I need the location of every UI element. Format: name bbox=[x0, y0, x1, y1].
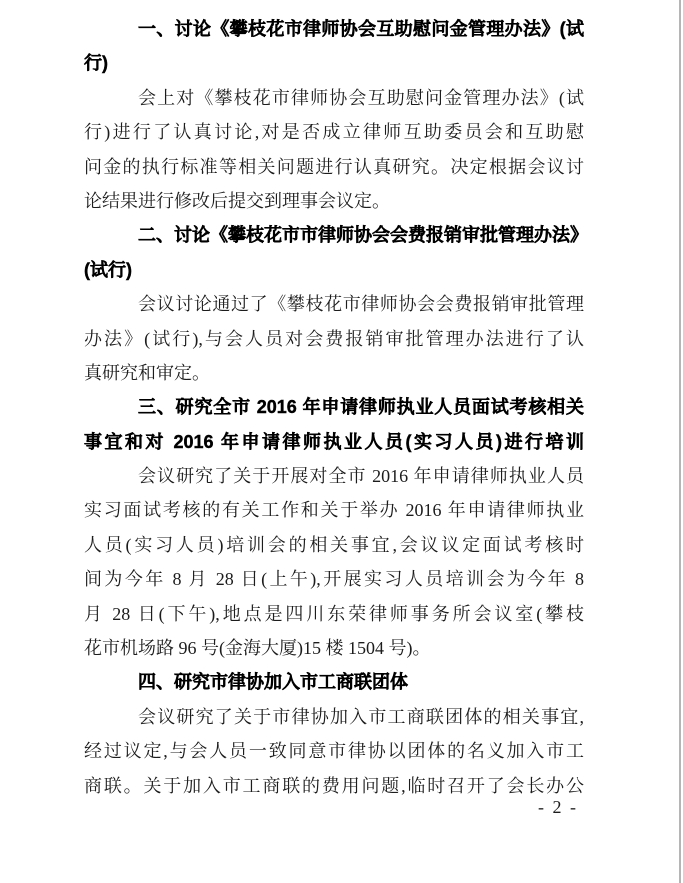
section-1-body-line: 论结果进行修改后提交到理事会议定。 bbox=[84, 184, 584, 218]
section-1-heading-line: 行) bbox=[84, 46, 584, 80]
section-4-body-line: 经过议定,与会人员一致同意市律协以团体的名义加入市工 bbox=[84, 734, 584, 768]
scan-edge-line bbox=[679, 0, 681, 883]
scanned-document-page: 一、讨论《攀枝花市律师协会互助慰问金管理办法》(试行)会上对《攀枝花市律师协会互… bbox=[0, 0, 683, 883]
section-3-heading-line: 三、研究全市 2016 年申请律师执业人员面试考核相关 bbox=[84, 390, 584, 424]
section-3-body-line: 会议研究了关于开展对全市 2016 年申请律师执业人员 bbox=[84, 459, 584, 493]
section-2-body-line: 办法》(试行),与会人员对会费报销审批管理办法进行了认 bbox=[84, 322, 584, 356]
section-2-heading-line: 二、讨论《攀枝花市市律师协会会费报销审批管理办法》 bbox=[84, 218, 584, 252]
section-1-heading-line: 一、讨论《攀枝花市律师协会互助慰问金管理办法》(试 bbox=[84, 12, 584, 46]
section-3-body-line: 人员(实习人员)培训会的相关事宜,会议议定面试考核时 bbox=[84, 528, 584, 562]
section-2-heading-line: (试行) bbox=[84, 253, 584, 287]
section-2-body-line: 会议讨论通过了《攀枝花市律师协会会费报销审批管理 bbox=[84, 287, 584, 321]
document-text-block: 一、讨论《攀枝花市律师协会互助慰问金管理办法》(试行)会上对《攀枝花市律师协会互… bbox=[84, 12, 584, 803]
section-3-heading-line: 事宜和对 2016 年申请律师执业人员(实习人员)进行培训 bbox=[84, 425, 584, 459]
section-1-body-line: 行)进行了认真讨论,对是否成立律师互助委员会和互助慰 bbox=[84, 115, 584, 149]
page-number: - 2 - bbox=[84, 797, 584, 818]
section-4-body-line: 会议研究了关于市律协加入市工商联团体的相关事宜, bbox=[84, 700, 584, 734]
section-4-heading-line: 四、研究市律协加入市工商联团体 bbox=[84, 665, 584, 699]
section-3-body-line: 花市机场路 96 号(金海大厦)15 楼 1504 号)。 bbox=[84, 631, 584, 665]
section-3-body-line: 实习面试考核的有关工作和关于举办 2016 年申请律师执业 bbox=[84, 493, 584, 527]
section-2-body-line: 真研究和审定。 bbox=[84, 356, 584, 390]
section-1-body-line: 问金的执行标准等相关问题进行认真研究。决定根据会议讨 bbox=[84, 150, 584, 184]
section-3-body-line: 月 28 日(下午),地点是四川东荣律师事务所会议室(攀枝 bbox=[84, 597, 584, 631]
section-3-body-line: 间为今年 8 月 28 日(上午),开展实习人员培训会为今年 8 bbox=[84, 562, 584, 596]
section-1-body-line: 会上对《攀枝花市律师协会互助慰问金管理办法》(试 bbox=[84, 81, 584, 115]
